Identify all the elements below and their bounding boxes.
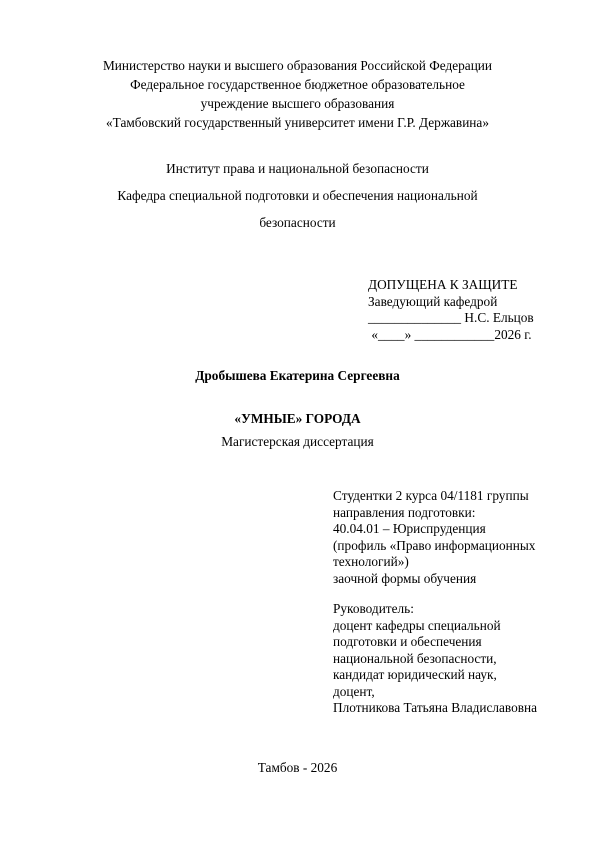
student-info-block: Студентки 2 курса 04/1181 группы направл… — [333, 488, 535, 587]
supervisor-block: Руководитель: доцент кафедры специальной… — [333, 601, 537, 717]
supervisor-name: Плотникова Татьяна Владиславовна — [333, 700, 537, 717]
approval-block: ДОПУЩЕНА К ЗАЩИТЕ Заведующий кафедрой __… — [368, 277, 534, 343]
supervisor-info-line: доцент, — [333, 684, 537, 701]
department-name-line1: Кафедра специальной подготовки и обеспеч… — [0, 182, 595, 209]
work-title: «УМНЫЕ» ГОРОДА — [0, 411, 595, 427]
student-info-line: 40.04.01 – Юриспруденция — [333, 521, 535, 538]
institute-block: Институт права и национальной безопаснос… — [0, 155, 595, 236]
author-name: Дробышева Екатерина Сергеевна — [0, 368, 595, 384]
city-year: Тамбов - 2026 — [0, 760, 595, 776]
approval-role: Заведующий кафедрой — [368, 294, 534, 311]
approval-status: ДОПУЩЕНА К ЗАЩИТЕ — [368, 277, 534, 294]
ministry-header: Министерство науки и высшего образования… — [0, 56, 595, 132]
supervisor-info-line: доцент кафедры специальной — [333, 618, 537, 635]
institute-name: Институт права и национальной безопаснос… — [0, 155, 595, 182]
work-type: Магистерская диссертация — [0, 434, 595, 450]
student-info-line: (профиль «Право информационных — [333, 538, 535, 555]
approval-signature-line: ______________ Н.С. Ельцов — [368, 310, 534, 327]
supervisor-info-line: кандидат юридический наук, — [333, 667, 537, 684]
supervisor-label: Руководитель: — [333, 601, 537, 618]
supervisor-info-line: подготовки и обеспечения — [333, 634, 537, 651]
student-info-line: заочной формы обучения — [333, 571, 535, 588]
supervisor-info-line: национальной безопасности, — [333, 651, 537, 668]
student-info-line: Студентки 2 курса 04/1181 группы — [333, 488, 535, 505]
student-info-line: технологий») — [333, 554, 535, 571]
ministry-line: Министерство науки и высшего образования… — [0, 56, 595, 75]
department-name-line2: безопасности — [0, 209, 595, 236]
approval-date-line: «____» ____________2026 г. — [368, 327, 534, 344]
student-info-line: направления подготовки: — [333, 505, 535, 522]
university-type-line-2: учреждение высшего образования — [0, 94, 595, 113]
university-type-line: Федеральное государственное бюджетное об… — [0, 75, 595, 94]
university-name-line: «Тамбовский государственный университет … — [0, 113, 595, 132]
